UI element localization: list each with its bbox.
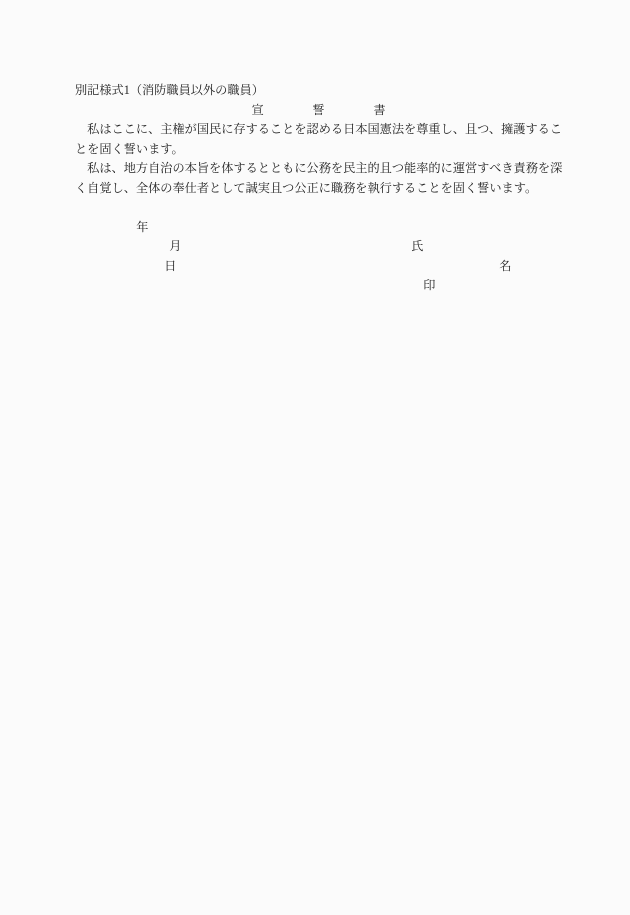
oath-paragraph-1-line-1: 私はここに、主権が国民に存することを認める日本国憲法を尊重し、且つ、擁護するこ (75, 120, 562, 140)
document-title: 宣 誓 書 (75, 101, 562, 121)
name-label-mei: 名 (499, 259, 511, 273)
document-content: 別記様式1（消防職員以外の職員） 宣 誓 書 私はここに、主権が国民に存すること… (0, 0, 630, 237)
oath-paragraph-1-line-2: とを固く誓います。 (75, 140, 562, 160)
year-label: 年 (136, 220, 148, 234)
date-line: 年 月 日 (75, 198, 562, 218)
oath-document-page: 別記様式1（消防職員以外の職員） 宣 誓 書 私はここに、主権が国民に存すること… (0, 0, 630, 915)
day-label: 日 (164, 259, 176, 273)
form-label: 別記様式1（消防職員以外の職員） (75, 81, 562, 101)
name-label-shi: 氏 (411, 239, 423, 253)
oath-paragraph-2-line-2: く自覚し、全体の奉仕者として誠実且つ公正に職務を執行することを固く誓います。 (75, 179, 562, 199)
seal-label: 印 (423, 278, 435, 292)
oath-paragraph-2-line-1: 私は、地方自治の本旨を体するとともに公務を民主的且つ能率的に運営すべき責務を深 (75, 159, 562, 179)
month-label: 月 (169, 239, 181, 253)
